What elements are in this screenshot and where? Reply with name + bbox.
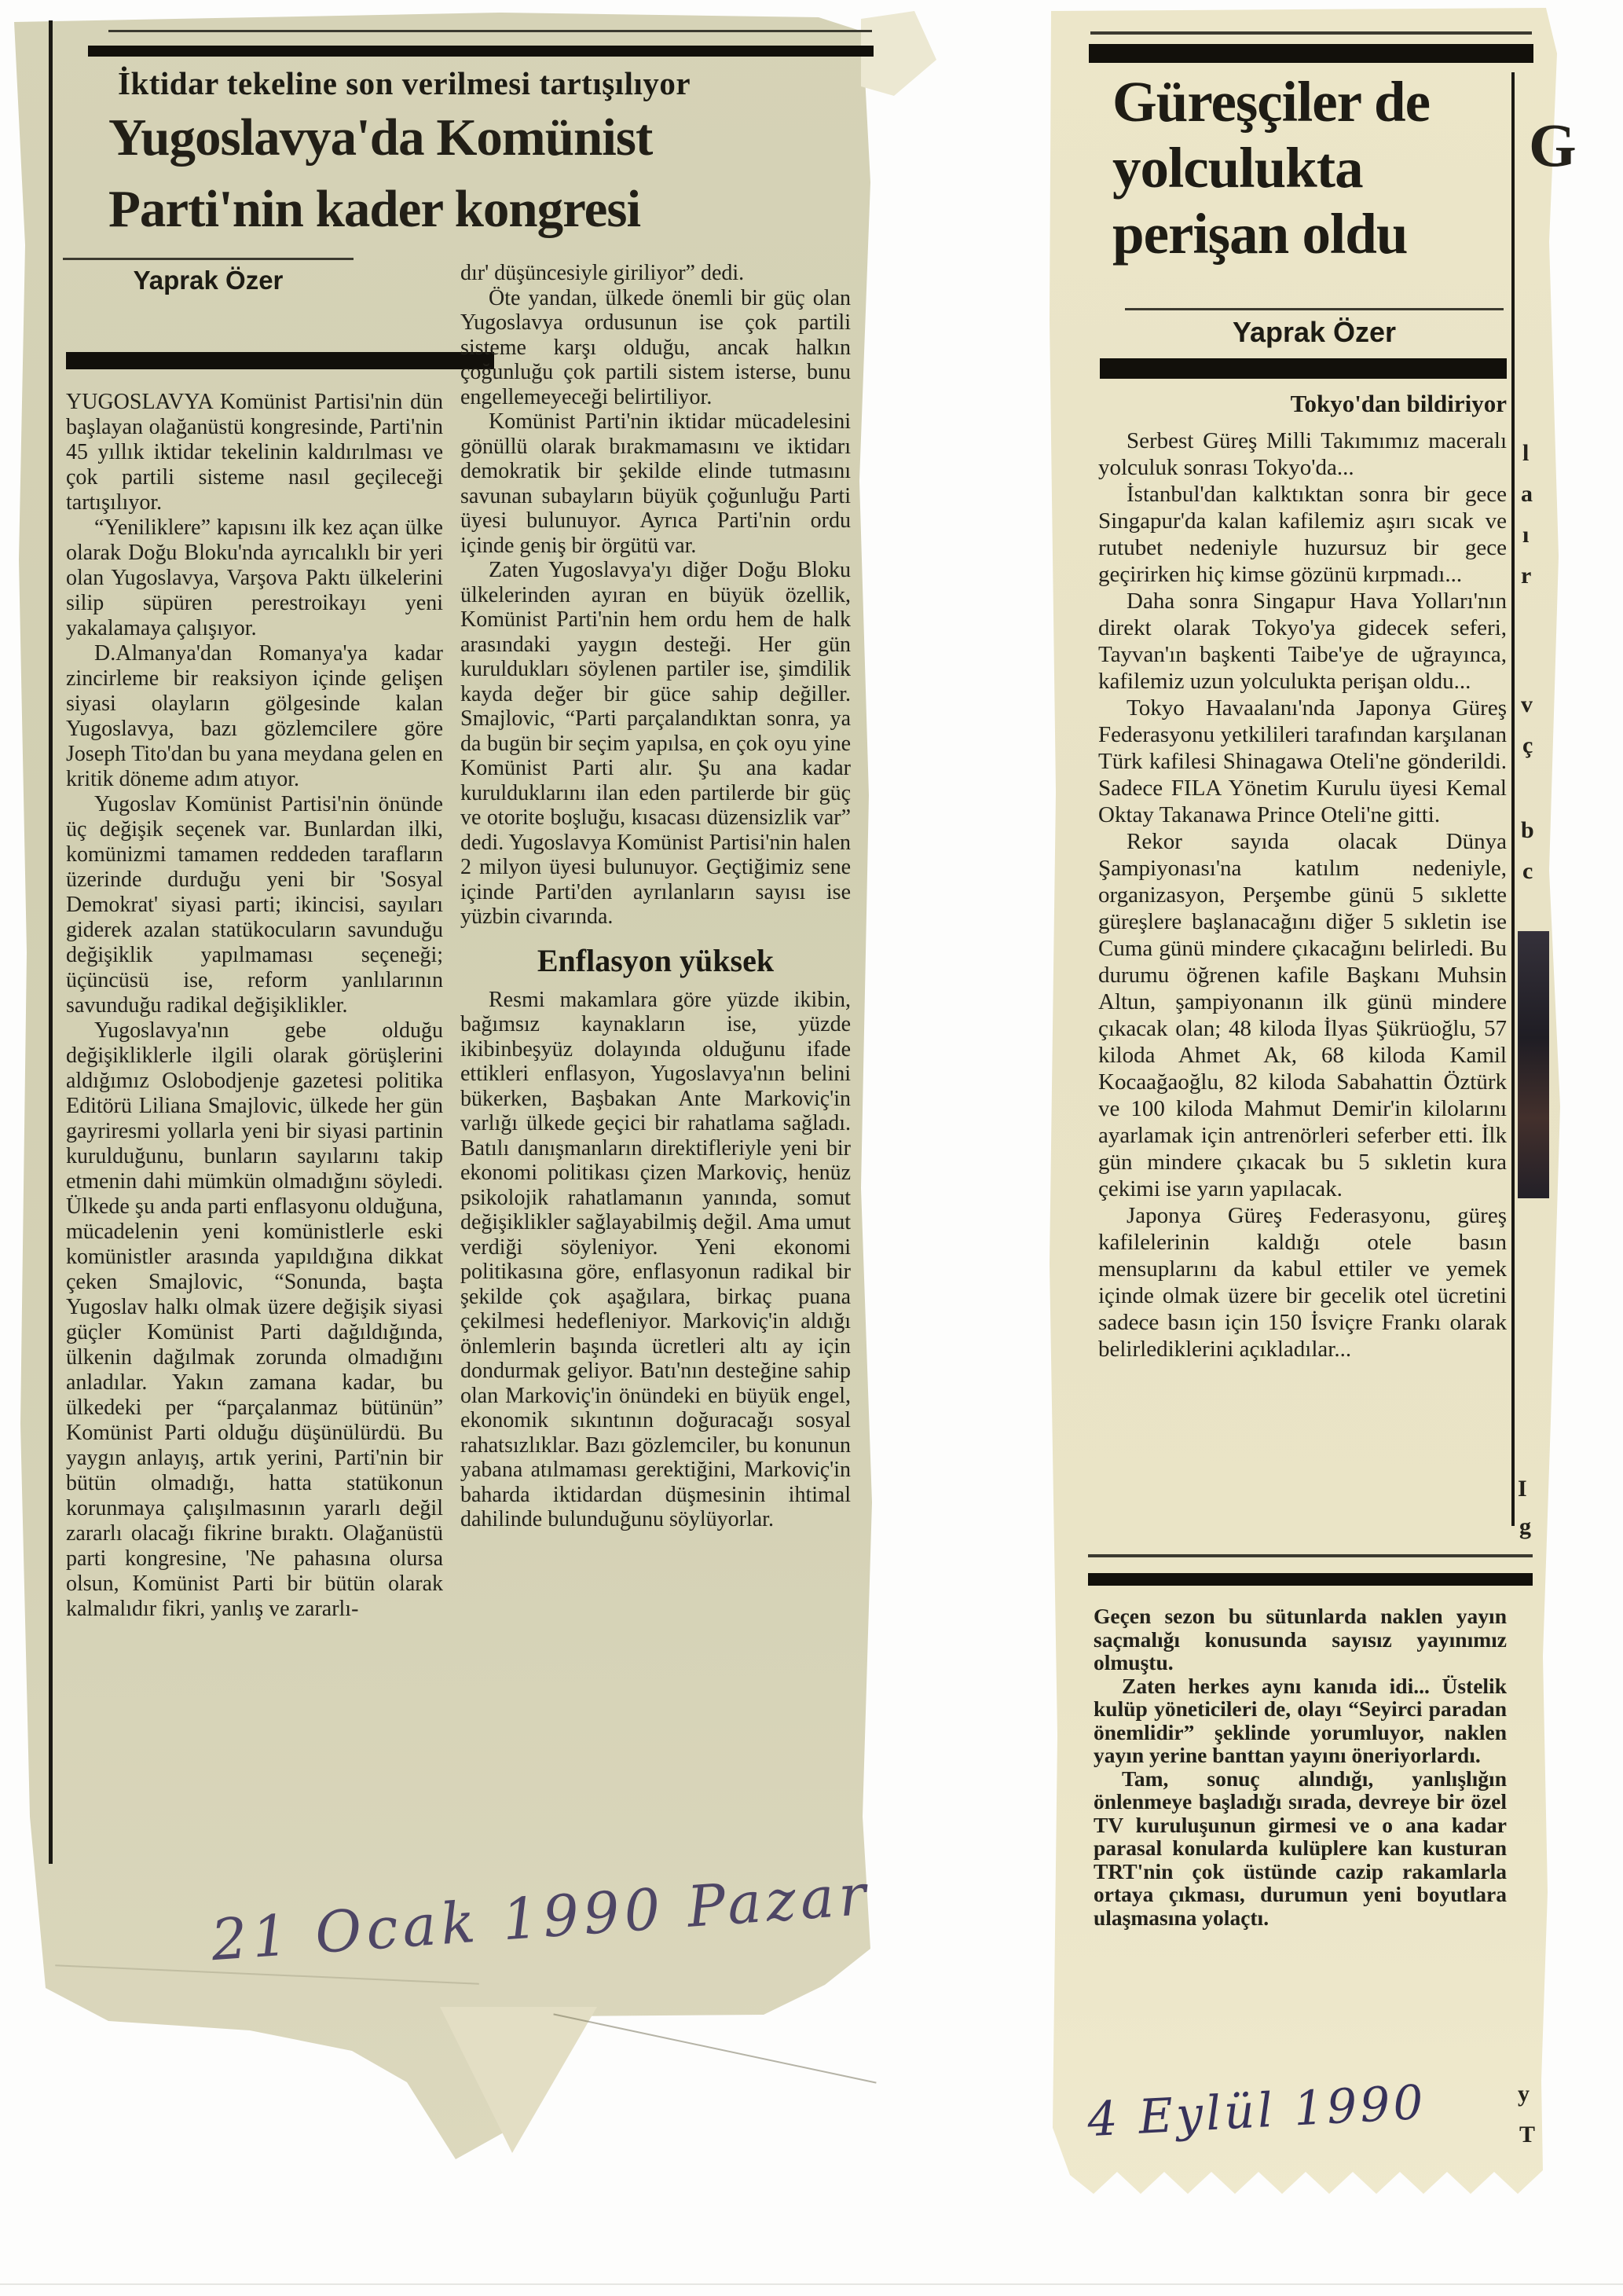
edge-letter-fragment: b — [1521, 817, 1534, 844]
article-paragraph: Rekor sayıda olacak Dünya Şampiyonası'na… — [1098, 828, 1507, 1202]
edge-letter-fragment: a — [1521, 481, 1533, 508]
left-byline-rule — [63, 258, 354, 260]
headline-line: Güreşçiler de — [1112, 69, 1430, 135]
photo-sliver-fragment — [1518, 931, 1549, 1198]
edge-letter-fragment: l — [1522, 440, 1529, 467]
left-column1-bar — [66, 352, 494, 369]
edge-letter-fragment: ı — [1522, 522, 1529, 548]
left-article-column-2: dır' düşüncesiyle giriliyor” dedi.Öte ya… — [460, 261, 851, 1869]
section-divider-thin-rule — [1088, 1554, 1533, 1557]
right-commentary-section: Geçen sezon bu sütunlarda naklen yayın s… — [1094, 1605, 1507, 2045]
article-paragraph: Japonya Güreş Federasyonu, güreş kafilel… — [1098, 1202, 1507, 1363]
right-column-rule — [1511, 72, 1515, 1526]
right-top-thin-rule — [1090, 31, 1532, 35]
section-divider-thick-rule — [1088, 1573, 1533, 1586]
right-article-headline: Güreşçiler deyolculuktaperişan oldu — [1112, 69, 1430, 267]
article-paragraph: YUGOSLAVYA Komünist Partisi'nin dün başl… — [66, 390, 443, 515]
right-byline-bar — [1100, 358, 1507, 379]
article-paragraph: Yugoslavya'nın gebe olduğu değişiklikler… — [66, 1018, 443, 1622]
right-article-dateline: Tokyo'dan bildiriyor — [1098, 390, 1507, 418]
article-paragraph: Zaten Yugoslavya'yı diğer Doğu Bloku ülk… — [460, 558, 851, 930]
edge-letter-fragment: ç — [1522, 732, 1533, 759]
commentary-paragraph: Tam, sonuç alındığı, yanlışlığın önlenme… — [1094, 1767, 1507, 1930]
edge-letter-fragment: I — [1518, 1476, 1527, 1502]
paper-crease — [553, 2013, 876, 2083]
commentary-paragraph: Geçen sezon bu sütunlarda naklen yayın s… — [1094, 1605, 1507, 1674]
column-2-lower-text: Resmi makamlara göre yüzde ikibin, bağım… — [460, 988, 851, 1532]
article-paragraph: “Yeniliklere” kapısını ilk kez açan ülke… — [66, 515, 443, 641]
left-top-thick-rule — [88, 46, 874, 57]
edge-letter-fragment: g — [1519, 1513, 1531, 1540]
headline-line: perişan oldu — [1112, 201, 1430, 267]
left-top-thin-rule — [108, 30, 872, 32]
edge-letter-fragment: G — [1529, 110, 1577, 181]
article-paragraph: Yugoslav Komünist Partisi'nin önünde üç … — [66, 792, 443, 1018]
article-paragraph: D.Almanya'dan Romanya'ya kadar zincirlem… — [66, 641, 443, 792]
article-paragraph: Öte yandan, ülkede önemli bir güç olan Y… — [460, 286, 851, 410]
right-article-byline: Yaprak Özer — [1125, 316, 1504, 349]
right-top-thick-rule — [1089, 44, 1533, 63]
left-article-headline: Yugoslavya'da KomünistParti'nin kader ko… — [108, 102, 652, 245]
article-paragraph: dır' düşüncesiyle giriliyor” dedi. — [460, 261, 851, 286]
left-column-rule — [49, 20, 53, 1864]
article-paragraph: Resmi makamlara göre yüzde ikibin, bağım… — [460, 988, 851, 1532]
article-paragraph: Komünist Parti'nin iktidar mücadelesini … — [460, 409, 851, 558]
left-article-column-1: YUGOSLAVYA Komünist Partisi'nin dün başl… — [66, 390, 443, 1880]
edge-letter-fragment: r — [1521, 563, 1531, 589]
left-article-kicker: İktidar tekeline son verilmesi tartışılı… — [118, 64, 691, 102]
edge-letter-fragment: c — [1522, 858, 1533, 885]
column-2-upper-text: dır' düşüncesiyle giriliyor” dedi.Öte ya… — [460, 261, 851, 930]
headline-line: yolculukta — [1112, 135, 1430, 201]
scanned-newspaper-page: İktidar tekeline son verilmesi tartışılı… — [0, 0, 1623, 2296]
scan-edge-line — [0, 2283, 1623, 2285]
article-paragraph: Serbest Güreş Milli Takımımız maceralı y… — [1098, 427, 1507, 481]
right-article-body: Serbest Güreş Milli Takımımız maceralı y… — [1098, 427, 1507, 1543]
left-article-byline: Yaprak Özer — [63, 266, 354, 295]
commentary-paragraph: Zaten herkes aynı kanıda idi... Üstelik … — [1094, 1674, 1507, 1767]
headline-line: Parti'nin kader kongresi — [108, 174, 652, 245]
right-byline-rule — [1125, 308, 1504, 310]
edge-letter-fragment: v — [1521, 691, 1533, 718]
article-paragraph: İstanbul'dan kalktıktan sonra bir gece S… — [1098, 481, 1507, 588]
edge-letter-fragment: y — [1518, 2081, 1530, 2107]
article-paragraph: Daha sonra Singapur Hava Yolları'nın dir… — [1098, 588, 1507, 695]
article-paragraph: Tokyo Havaalanı'nda Japonya Güreş Federa… — [1098, 695, 1507, 828]
left-article-subhead: Enflasyon yüksek — [460, 944, 851, 978]
headline-line: Yugoslavya'da Komünist — [108, 102, 652, 174]
edge-letter-fragment: T — [1519, 2122, 1535, 2148]
